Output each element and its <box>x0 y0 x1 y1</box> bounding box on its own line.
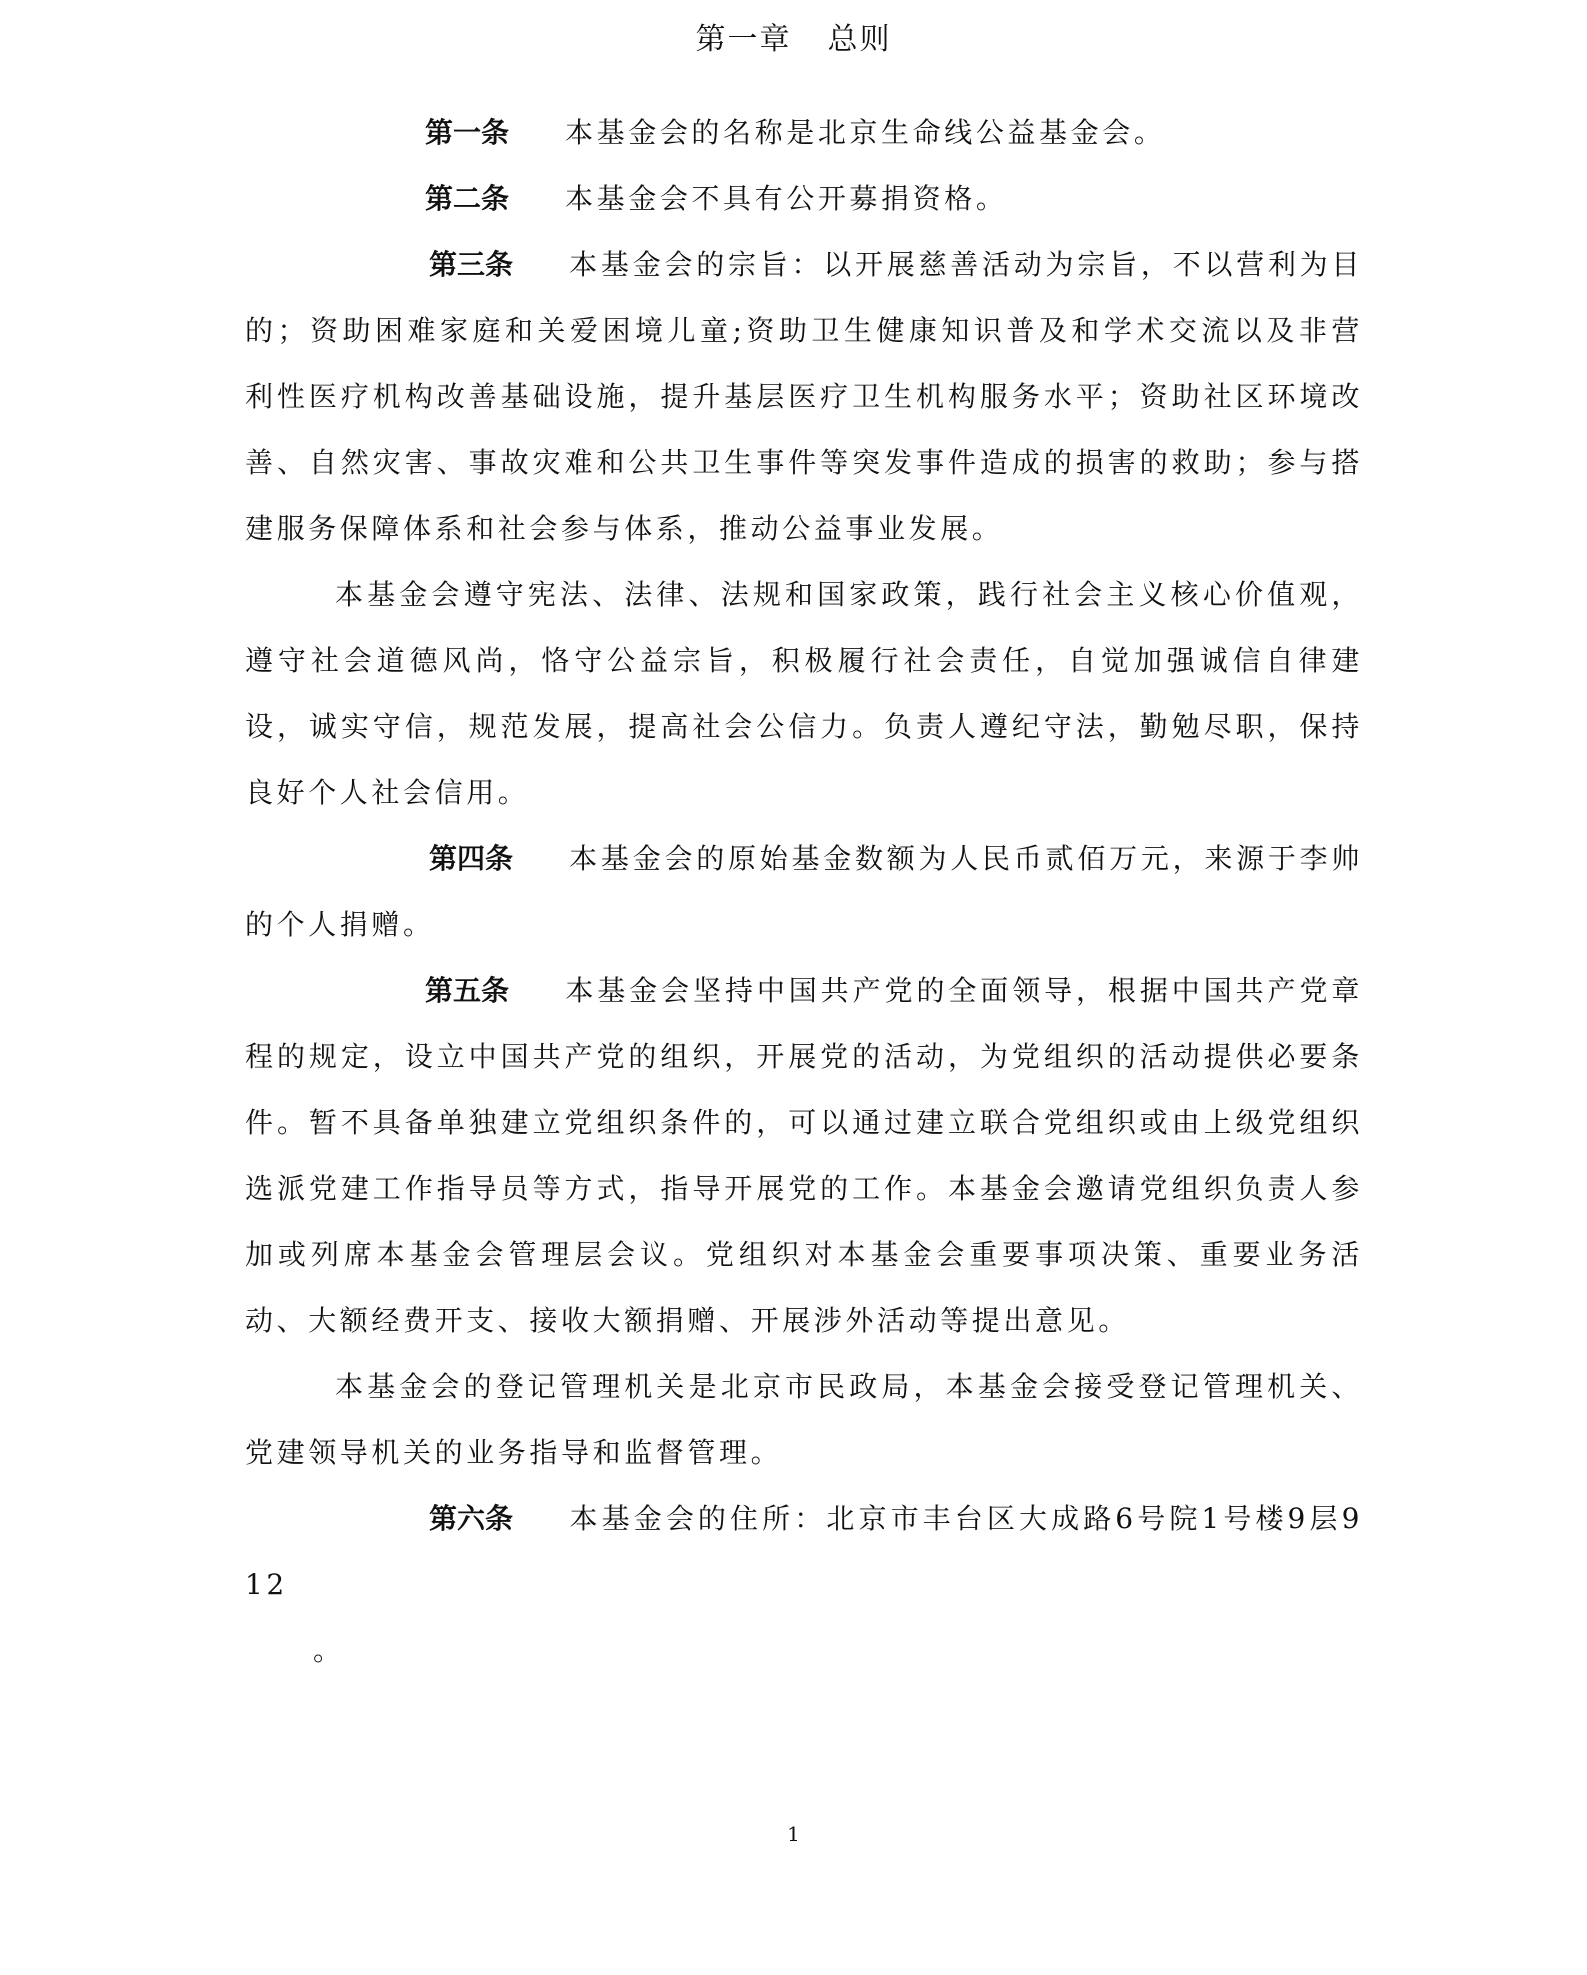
article-number: 第二条 <box>335 166 509 232</box>
chapter-number: 第一章 <box>696 22 792 57</box>
article-text: 本基金会的名称是北京生命线公益基金会。 <box>565 116 1165 149</box>
article-number: 第五条 <box>335 958 509 1024</box>
article-3-paragraph-2: 本基金会遵守宪法、法律、法规和国家政策，践行社会主义核心价值观，遵守社会道德风尚… <box>245 562 1363 826</box>
page-number: 1 <box>0 1822 1587 1846</box>
article-4: 第四条本基金会的原始基金数额为人民币贰佰万元，来源于李帅的个人捐赠。 <box>245 826 1363 958</box>
article-text: 本基金会不具有公开募捐资格。 <box>565 182 1007 215</box>
article-3: 第三条本基金会的宗旨：以开展慈善活动为宗旨，不以营利为目的；资助困难家庭和关爱困… <box>245 232 1363 562</box>
chapter-heading: 第一章总则 <box>0 18 1587 62</box>
chapter-title: 总则 <box>828 22 892 57</box>
article-5-paragraph-2: 本基金会的登记管理机关是北京市民政局，本基金会接受登记管理机关、党建领导机关的业… <box>245 1354 1363 1486</box>
article-5: 第五条本基金会坚持中国共产党的全面领导，根据中国共产党章程的规定，设立中国共产党… <box>245 958 1363 1354</box>
article-text: 本基金会坚持中国共产党的全面领导，根据中国共产党章程的规定，设立中国共产党的组织… <box>245 974 1363 1337</box>
article-6-trailing-period: 。 <box>245 1618 1363 1684</box>
article-number: 第三条 <box>339 232 513 298</box>
article-1: 第一条本基金会的名称是北京生命线公益基金会。 <box>245 100 1363 166</box>
article-2: 第二条本基金会不具有公开募捐资格。 <box>245 166 1363 232</box>
article-6: 第六条本基金会的住所：北京市丰台区大成路6号院1号楼9层912 <box>245 1486 1363 1618</box>
article-number: 第四条 <box>339 826 513 892</box>
article-number: 第六条 <box>339 1486 513 1552</box>
article-number: 第一条 <box>335 100 509 166</box>
document-body: 第一条本基金会的名称是北京生命线公益基金会。 第二条本基金会不具有公开募捐资格。… <box>245 100 1363 1684</box>
